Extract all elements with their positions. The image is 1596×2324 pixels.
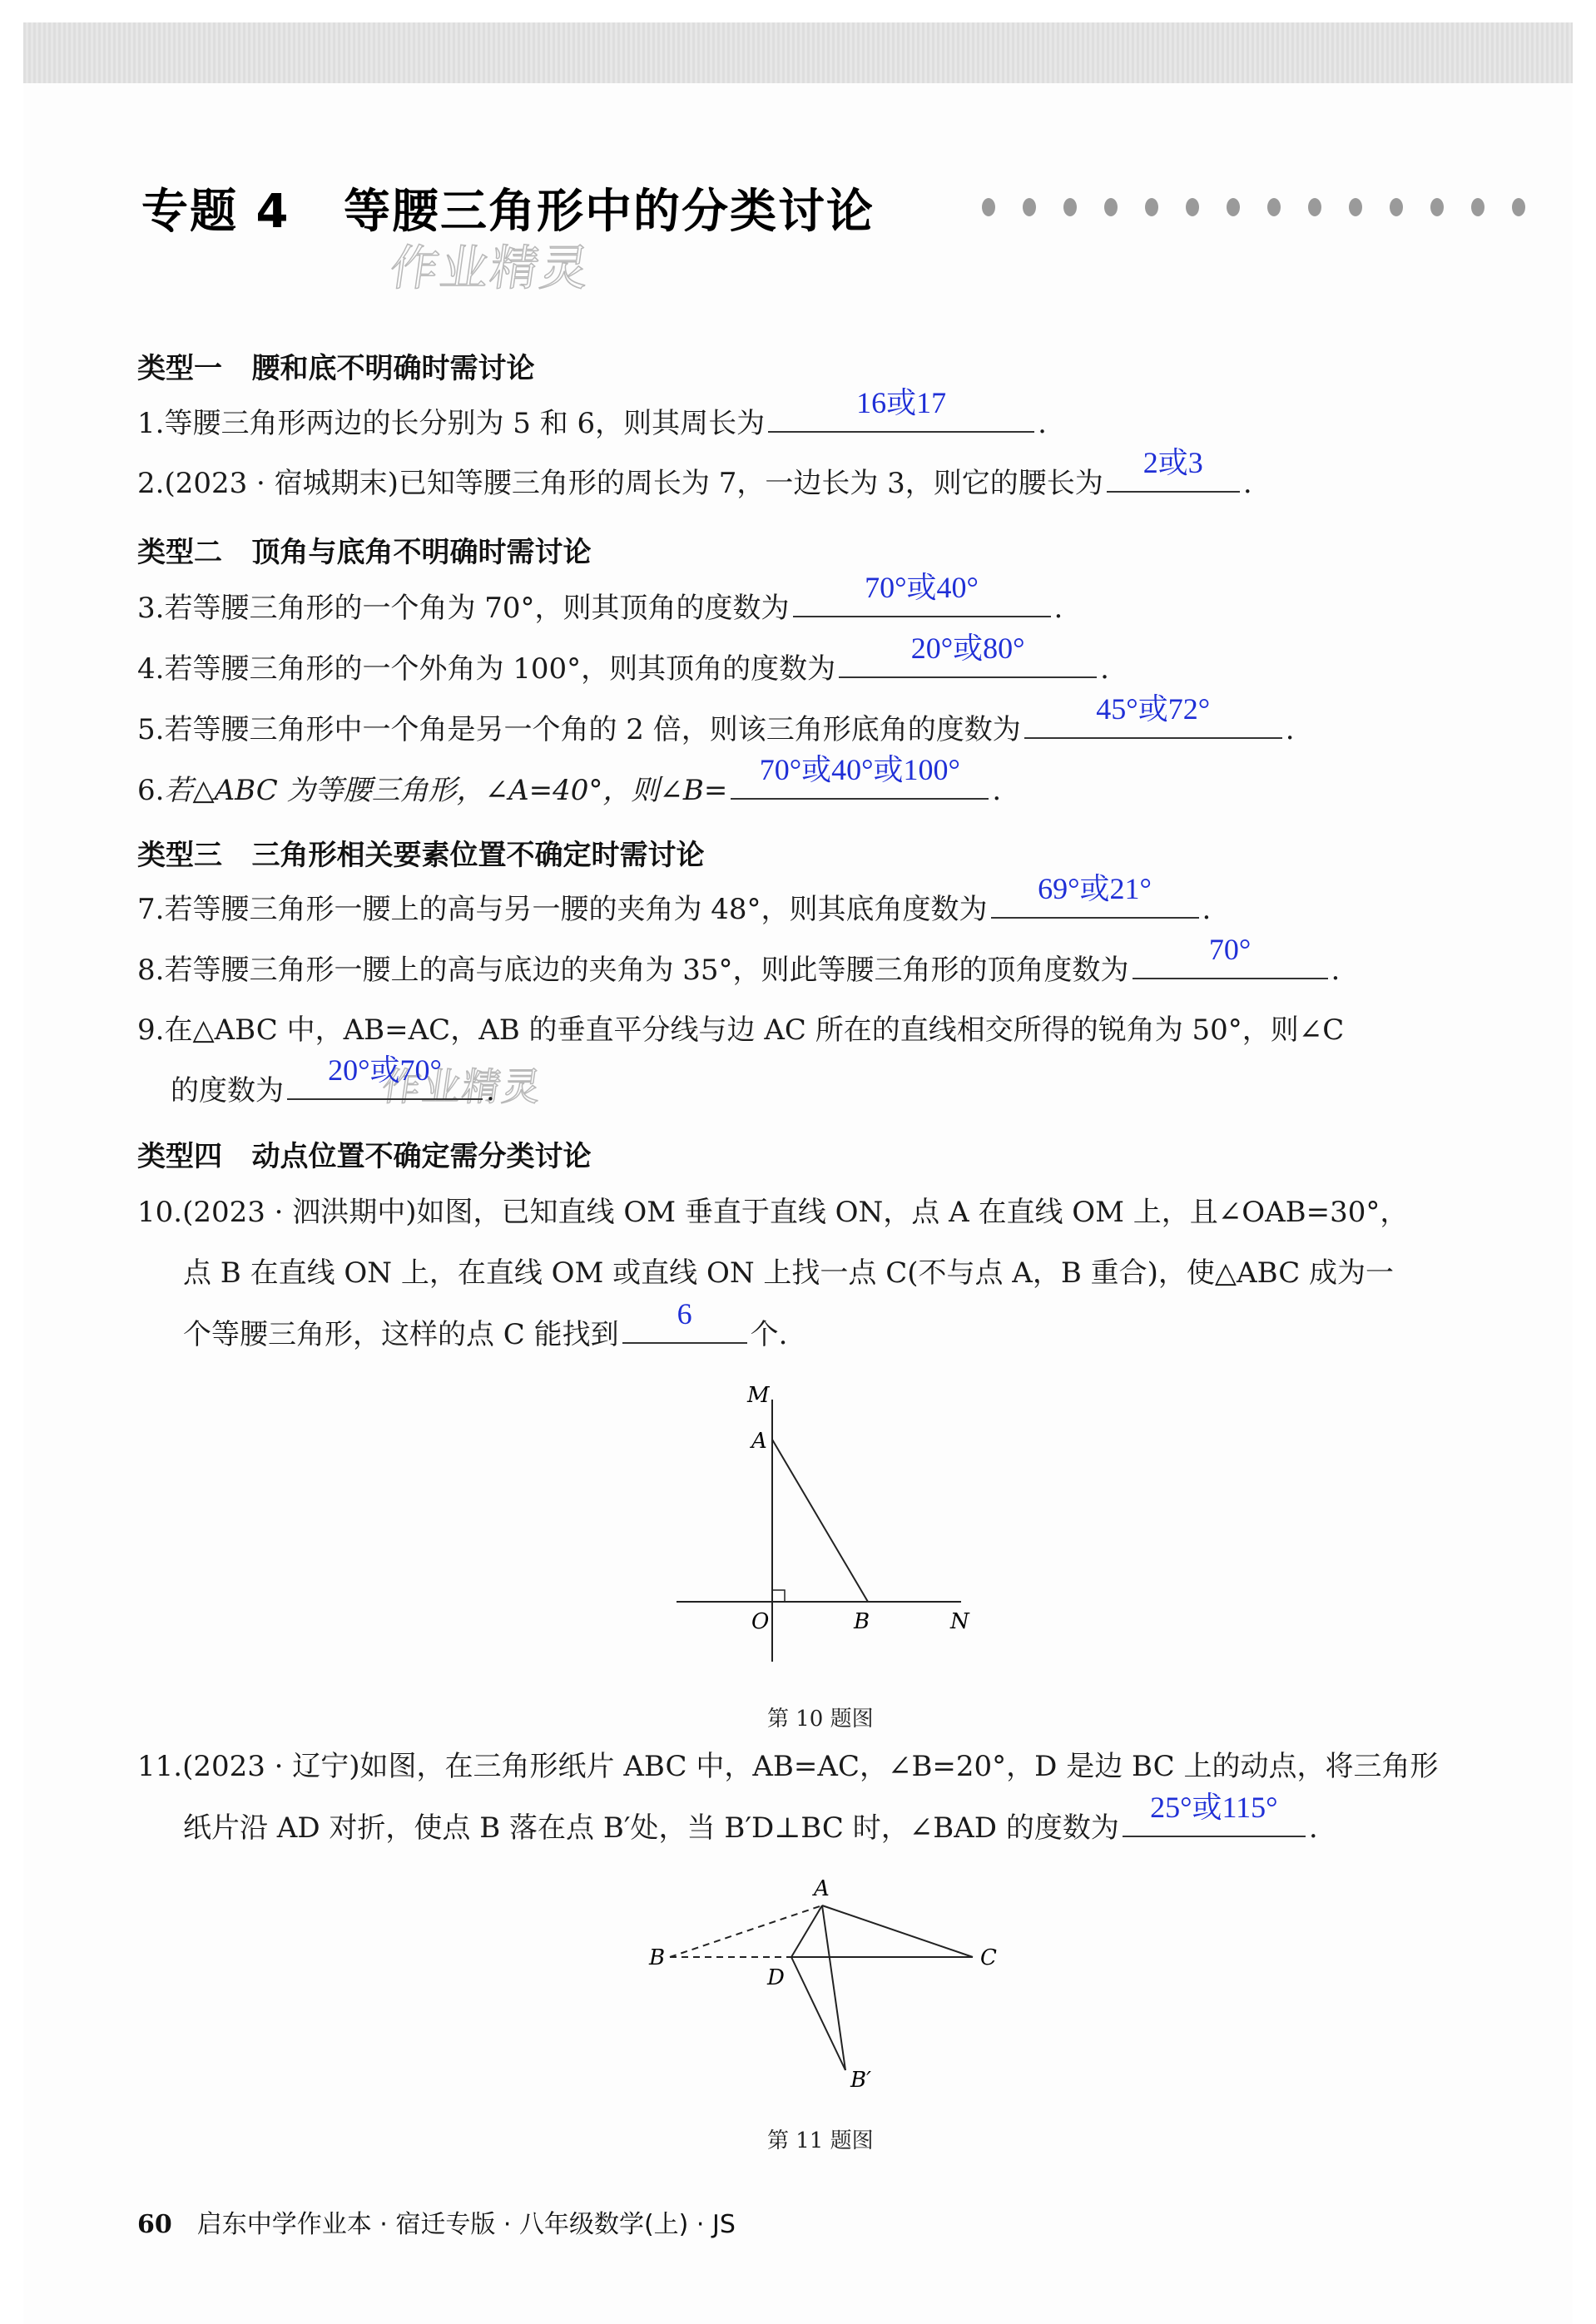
question-tail: .: [1286, 713, 1295, 746]
answer-text: 20°或70°: [287, 1053, 483, 1087]
question-text: 若等腰三角形一腰上的高与底边的夹角为 35°，则此等腰三角形的顶角度数为: [164, 954, 1128, 987]
answer-text: 69°或21°: [991, 872, 1199, 905]
dot-icon: [1308, 198, 1321, 216]
question-9-line-2: 的度数为20°或70°.: [171, 1073, 495, 1107]
question-text: 等腰三角形两边的长分别为 5 和 6，则其周长为: [164, 407, 765, 440]
figure-11-caption: 第 11 题图: [767, 2123, 874, 2154]
question-tail: .: [1100, 652, 1109, 686]
answer-text: 70°: [1133, 933, 1328, 966]
label-D: D: [766, 1965, 785, 1990]
answer-blank[interactable]: 70°或40°: [793, 591, 1051, 617]
answer-text: 16或17: [768, 386, 1034, 419]
question-tail: .: [1243, 467, 1252, 500]
dot-icon: [1390, 198, 1403, 216]
question-tail: .: [1202, 893, 1212, 926]
answer-text: 25°或115°: [1123, 1791, 1306, 1824]
question-text: 若△ABC 为等腰三角形，∠A=40°，则∠B=: [164, 774, 727, 807]
question-number: 2.: [137, 467, 164, 500]
dot-icon: [1104, 198, 1118, 216]
question-10-line-3: 个等腰三角形，这样的点 C 能找到6个.: [183, 1317, 787, 1351]
dot-icon: [1227, 198, 1240, 216]
answer-blank[interactable]: 45°或72°: [1024, 712, 1282, 739]
answer-blank[interactable]: 6: [622, 1317, 747, 1344]
answer-blank[interactable]: 69°或21°: [991, 892, 1199, 919]
label-B: B: [648, 1945, 665, 1970]
question-5: 5.若等腰三角形中一个角是另一个角的 2 倍，则该三角形底角的度数为45°或72…: [137, 712, 1295, 746]
question-tail: .: [1309, 1811, 1318, 1845]
answer-text: 6: [622, 1297, 747, 1330]
label-O: O: [751, 1609, 769, 1634]
answer-blank[interactable]: 2或3: [1107, 466, 1240, 493]
question-tail: .: [1331, 954, 1341, 987]
page-footer: 60启东中学作业本 · 宿迁专版 · 八年级数学(上) · JS: [137, 2203, 736, 2240]
question-1: 1.等腰三角形两边的长分别为 5 和 6，则其周长为16或17.: [137, 406, 1047, 440]
dot-icon: [1471, 198, 1484, 216]
question-text: (2023 · 泗洪期中)如图，已知直线 OM 垂直于直线 ON，点 A 在直线…: [182, 1196, 1408, 1229]
dot-icon: [1063, 198, 1077, 216]
question-number: 6.: [137, 774, 164, 807]
question-tail: .: [992, 774, 1001, 807]
dot-icon: [1512, 198, 1525, 216]
question-6: 6.若△ABC 为等腰三角形，∠A=40°，则∠B=70°或40°或100°.: [137, 773, 1001, 807]
section-heading-2: 类型二 顶角与底角不明确时需讨论: [137, 529, 592, 570]
answer-text: 70°或40°: [793, 571, 1051, 604]
question-3: 3.若等腰三角形的一个角为 70°，则其顶角的度数为70°或40°.: [137, 591, 1063, 625]
answer-blank[interactable]: 16或17: [768, 406, 1034, 433]
label-A: A: [750, 1429, 767, 1454]
question-text: 的度数为: [171, 1074, 284, 1107]
watermark: 作业精灵: [386, 229, 596, 299]
question-number: 5.: [137, 713, 164, 746]
figure-10-caption: 第 10 题图: [767, 1702, 874, 1732]
question-text: 若等腰三角形的一个角为 70°，则其顶角的度数为: [164, 592, 789, 625]
question-number: 10.: [137, 1196, 182, 1229]
label-B-prime: B′: [850, 2068, 871, 2093]
label-C: C: [980, 1945, 997, 1970]
question-number: 8.: [137, 954, 164, 987]
answer-text: 45°或72°: [1024, 692, 1282, 726]
question-text: (2023 · 辽宁)如图，在三角形纸片 ABC 中，AB=AC，∠B=20°，…: [182, 1750, 1438, 1783]
section-heading-4: 类型四 动点位置不确定需分类讨论: [137, 1133, 592, 1174]
question-tail: .: [1054, 592, 1063, 625]
dot-icon: [1349, 198, 1362, 216]
question-number: 11.: [137, 1750, 182, 1783]
title-dots-decoration: [982, 198, 1525, 216]
label-B: B: [853, 1609, 870, 1634]
label-A: A: [812, 1876, 830, 1901]
question-tail: .: [486, 1074, 495, 1107]
section-heading-1: 类型一 腰和底不明确时需讨论: [137, 345, 535, 386]
question-tail: 个.: [751, 1318, 788, 1351]
answer-blank[interactable]: 70°或40°或100°: [731, 773, 989, 800]
question-number: 7.: [137, 893, 164, 926]
question-7: 7.若等腰三角形一腰上的高与另一腰的夹角为 48°，则其底角度数为69°或21°…: [137, 892, 1211, 926]
figure-11-diagram: A B D C B′: [632, 1864, 1015, 2113]
figure-10-diagram: M A O B N: [649, 1365, 999, 1697]
question-number: 3.: [137, 592, 164, 625]
question-2: 2.(2023 · 宿城期末)已知等腰三角形的周长为 7，一边长为 3，则它的腰…: [137, 466, 1252, 500]
dot-icon: [1145, 198, 1158, 216]
question-8: 8.若等腰三角形一腰上的高与底边的夹角为 35°，则此等腰三角形的顶角度数为70…: [137, 953, 1340, 987]
dot-icon: [982, 198, 995, 216]
answer-blank[interactable]: 25°或115°: [1123, 1811, 1306, 1837]
header-band: [23, 22, 1573, 83]
answer-text: 2或3: [1107, 446, 1240, 479]
question-tail: .: [1038, 407, 1047, 440]
dot-icon: [1186, 198, 1199, 216]
answer-blank[interactable]: 20°或70°: [287, 1073, 483, 1100]
question-text: 点 B 在直线 ON 上，在直线 OM 或直线 ON 上找一点 C(不与点 A，…: [183, 1256, 1394, 1290]
question-4: 4.若等腰三角形的一个外角为 100°，则其顶角的度数为20°或80°.: [137, 652, 1109, 686]
question-9: 9.在△ABC 中，AB=AC，AB 的垂直平分线与边 AC 所在的直线相交所得…: [137, 1013, 1344, 1047]
question-10: 10.(2023 · 泗洪期中)如图，已知直线 OM 垂直于直线 ON，点 A …: [137, 1196, 1408, 1229]
question-text: 若等腰三角形一腰上的高与另一腰的夹角为 48°，则其底角度数为: [164, 893, 987, 926]
dot-icon: [1430, 198, 1444, 216]
question-text: 纸片沿 AD 对折，使点 B 落在点 B′处，当 B′D⊥BC 时，∠BAD 的…: [183, 1811, 1119, 1845]
question-text: 个等腰三角形，这样的点 C 能找到: [183, 1318, 619, 1351]
dot-icon: [1023, 198, 1036, 216]
question-text: 在△ABC 中，AB=AC，AB 的垂直平分线与边 AC 所在的直线相交所得的锐…: [164, 1013, 1344, 1047]
question-number: 4.: [137, 652, 164, 686]
answer-text: 20°或80°: [839, 632, 1097, 665]
question-number: 1.: [137, 407, 164, 440]
question-text: (2023 · 宿城期末)已知等腰三角形的周长为 7，一边长为 3，则它的腰长为: [164, 467, 1103, 500]
question-number: 9.: [137, 1013, 164, 1047]
label-N: N: [949, 1609, 970, 1634]
section-heading-3: 类型三 三角形相关要素位置不确定时需讨论: [137, 832, 705, 873]
answer-blank[interactable]: 70°: [1133, 953, 1328, 979]
question-11: 11.(2023 · 辽宁)如图，在三角形纸片 ABC 中，AB=AC，∠B=2…: [137, 1750, 1439, 1783]
answer-blank[interactable]: 20°或80°: [839, 652, 1097, 678]
question-text: 若等腰三角形中一个角是另一个角的 2 倍，则该三角形底角的度数为: [164, 713, 1020, 746]
question-11-line-2: 纸片沿 AD 对折，使点 B 落在点 B′处，当 B′D⊥BC 时，∠BAD 的…: [183, 1811, 1318, 1845]
question-text: 若等腰三角形的一个外角为 100°，则其顶角的度数为: [164, 652, 835, 686]
dot-icon: [1267, 198, 1281, 216]
book-title: 启东中学作业本 · 宿迁专版 · 八年级数学(上) · JS: [197, 2210, 736, 2239]
question-10-line-2: 点 B 在直线 ON 上，在直线 OM 或直线 ON 上找一点 C(不与点 A，…: [183, 1256, 1394, 1290]
answer-text: 70°或40°或100°: [731, 753, 989, 786]
page-number: 60: [137, 2210, 172, 2239]
label-M: M: [746, 1383, 771, 1408]
